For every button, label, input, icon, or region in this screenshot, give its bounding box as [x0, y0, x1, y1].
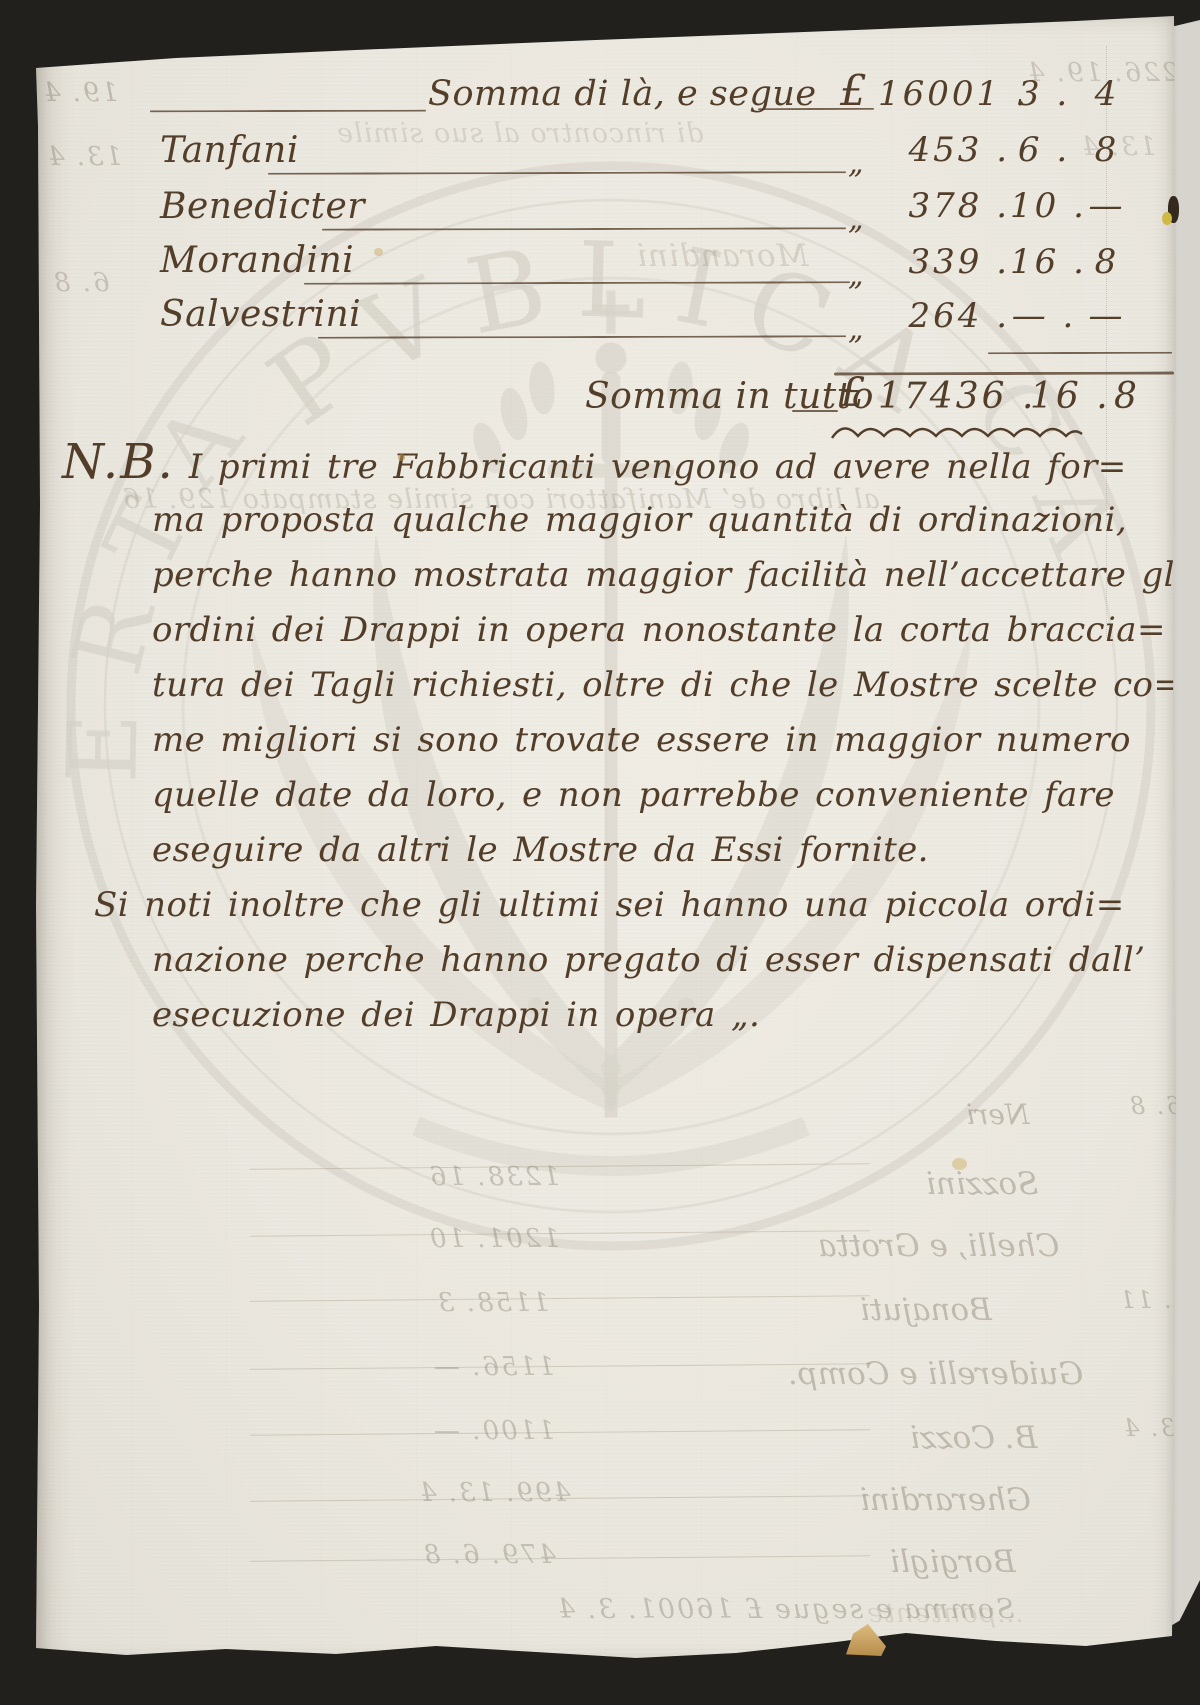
- ledger-row-name: Morandini: [160, 240, 354, 281]
- note-line: tura dei Tagli richiesti, oltre di che l…: [152, 665, 1182, 705]
- ledger-row-name: Tanfani: [160, 130, 299, 171]
- bleedthrough-rule: [250, 1555, 870, 1561]
- foxing-spot: [952, 1158, 967, 1170]
- bleedthrough-name: Borgigli: [890, 1544, 1016, 1580]
- ditto-mark: „: [848, 146, 864, 181]
- ledger-row-amount: 264 . — . —: [878, 296, 1136, 336]
- bleedthrough-name: B. Cozzi: [910, 1420, 1037, 1456]
- note-text: I primi tre Fabbricanti vengono ad avere…: [189, 447, 1127, 487]
- bleedthrough-amount: 1156. —: [432, 1352, 555, 1382]
- bleedthrough-number: 19. 4: [42, 78, 118, 108]
- amount-soldi: 16 .: [1030, 376, 1098, 417]
- amount-lire: 264 .: [878, 296, 1010, 336]
- amount-lire: 339 .: [878, 242, 1010, 282]
- bleedthrough-amount: 1158. 3: [436, 1288, 549, 1318]
- amount-denari: 8: [1098, 376, 1156, 417]
- bleedthrough-name: Neri: [966, 1098, 1029, 1131]
- note-line: eseguire da altri le Mostre da Essi forn…: [152, 830, 929, 870]
- currency-lira-sign: £: [840, 66, 867, 115]
- foxing-spot: [374, 248, 383, 256]
- ledger-carry-amount: 16001 . 3 . 4: [878, 74, 1136, 114]
- note-line: Si noti inoltre che gli ultimi sei hanno…: [94, 885, 1125, 925]
- bleedthrough-fragment: di rincontro al suo simile: [336, 118, 704, 149]
- amount-lire: 378 .: [878, 186, 1010, 226]
- bleedthrough-amount: 1201. 10: [428, 1224, 560, 1254]
- amount-soldi: 3 .: [1010, 74, 1078, 114]
- ditto-mark: „: [848, 258, 864, 293]
- note-line: nazione perche hanno pregato di esser di…: [152, 940, 1145, 980]
- bleedthrough-name: Sozzini: [926, 1166, 1038, 1202]
- bleedthrough-name: Guiderelli e Comp.: [788, 1356, 1083, 1392]
- bleedthrough-amount: 479. 6. 8: [422, 1540, 556, 1570]
- ledger-total-amount: 17436 . 16 . 8: [878, 376, 1156, 417]
- amount-denari: —: [1078, 296, 1136, 336]
- amount-soldi: 10 .: [1010, 186, 1078, 226]
- amount-denari: 4: [1078, 74, 1136, 114]
- note-line: esecuzione dei Drappi in opera „.: [152, 995, 760, 1035]
- amount-denari: —: [1078, 186, 1136, 226]
- amount-soldi: — .: [1010, 296, 1078, 336]
- ditto-mark: „: [848, 202, 864, 237]
- amount-lire: 453 .: [878, 130, 1010, 170]
- manuscript-page: PVBLICA ERTA CA: [36, 6, 1176, 1666]
- note-line: quelle date da loro, e non parrebbe conv…: [152, 775, 1115, 815]
- foxing-spot: [398, 454, 405, 461]
- note-line: ma proposta qualche maggior quantità di …: [152, 500, 1127, 540]
- ledger-row-name: Salvestrini: [160, 294, 361, 335]
- bleedthrough-amount: 1100. —: [432, 1416, 555, 1446]
- amount-soldi: 6 .: [1010, 130, 1078, 170]
- scanner-background: PVBLICA ERTA CA: [0, 0, 1200, 1705]
- ditto-mark: „: [848, 312, 864, 347]
- ledger-dash-line: [792, 410, 838, 412]
- ledger-row-name: Benedicter: [160, 186, 365, 227]
- bleedthrough-rule: [250, 1429, 870, 1435]
- bleedthrough-name: Chelli, e Grotta: [818, 1228, 1059, 1264]
- ledger-row-amount: 453 . 6 . 8: [878, 130, 1136, 170]
- amount-denari: 8: [1078, 242, 1136, 282]
- bleedthrough-amount: 1238. 16: [428, 1162, 560, 1192]
- bleedthrough-fragment: Morandini: [636, 238, 808, 274]
- bleedthrough-number: 6. 8: [1128, 1092, 1182, 1120]
- note-line: me migliori si sono trovate essere in ma…: [152, 720, 1131, 760]
- note-line: ordini dei Drappi in opera nonostante la…: [152, 610, 1166, 650]
- currency-lira-sign: £: [840, 370, 866, 416]
- bleedthrough-name: Bonajuti: [860, 1292, 992, 1328]
- bleedthrough-number: 13. 4: [46, 142, 122, 172]
- bleedthrough-name: Gherardini: [860, 1482, 1031, 1518]
- ledger-row-amount: 339 . 16 . 8: [878, 242, 1136, 282]
- bleedthrough-amount: 499. 13. 4: [418, 1478, 570, 1508]
- amount-denari: 8: [1078, 130, 1136, 170]
- amount-lire: 17436 .: [878, 376, 1030, 417]
- ledger-row-amount: 378 . 10 . —: [878, 186, 1136, 226]
- amount-soldi: 16 .: [1010, 242, 1078, 282]
- bleedthrough-fragment: …pontente: [866, 1598, 1024, 1629]
- amount-lire: 16001 .: [878, 74, 1010, 114]
- yellow-stain: [1162, 212, 1172, 225]
- note-line: perche hanno mostrata maggior facilità n…: [152, 555, 1186, 595]
- note-line: N.B.I primi tre Fabbricanti vengono ad a…: [62, 434, 1127, 490]
- bleedthrough-number: 6. 8: [52, 268, 110, 298]
- note-heading: N.B.: [62, 434, 175, 490]
